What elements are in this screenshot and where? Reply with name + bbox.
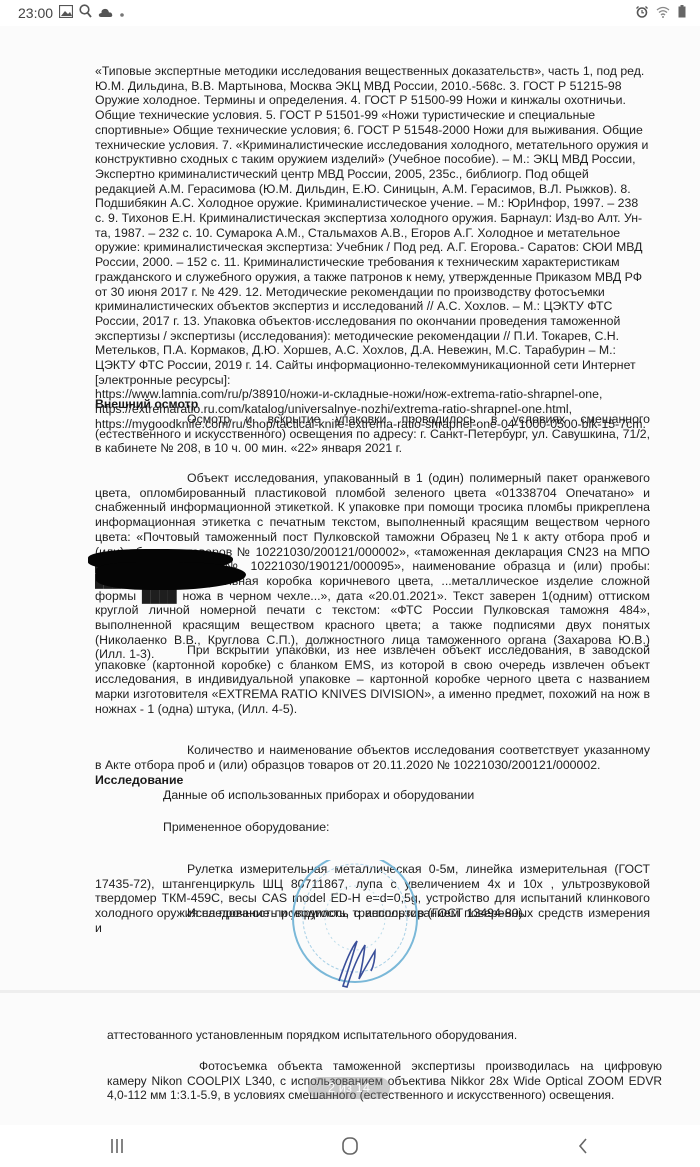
section-heading-external: Внешний осмотр bbox=[95, 397, 198, 411]
references-text: «Типовые экспертные методики исследовани… bbox=[95, 64, 650, 432]
alarm-icon bbox=[636, 5, 648, 21]
signature bbox=[335, 931, 385, 996]
paragraph-inspection: Осмотр и вскрытие упаковки проводилось в… bbox=[95, 412, 650, 456]
back-icon bbox=[578, 1138, 588, 1154]
document-page-next[interactable]: аттестованного установленным порядком ис… bbox=[0, 990, 700, 1128]
paragraph-opening: При вскрытии упаковки, из нее извлечен о… bbox=[95, 643, 650, 717]
cloud-icon bbox=[98, 5, 113, 21]
recents-button[interactable] bbox=[87, 1126, 147, 1166]
equipment-label: Примененное оборудование: bbox=[163, 820, 643, 835]
document-page[interactable]: «Типовые экспертные методики исследовани… bbox=[0, 26, 700, 996]
wifi-icon bbox=[656, 5, 670, 21]
battery-icon bbox=[678, 5, 686, 21]
gallery-icon bbox=[59, 5, 73, 21]
paragraph-quantity: Количество и наименование объектов иссле… bbox=[95, 743, 650, 772]
recents-icon bbox=[110, 1138, 124, 1154]
equipment-data-subtitle: Данные об использованных приборах и обор… bbox=[163, 788, 643, 803]
navigation-bar bbox=[0, 1125, 700, 1167]
home-button[interactable] bbox=[320, 1126, 380, 1166]
page2-first-line: аттестованного установленным порядком ис… bbox=[107, 1028, 662, 1043]
section-heading-research: Исследование bbox=[95, 773, 183, 787]
clock: 23:00 bbox=[18, 5, 53, 21]
search-icon bbox=[79, 4, 92, 21]
page-indicator: 2 из 14 bbox=[308, 1077, 390, 1099]
status-bar: 23:00 bbox=[0, 0, 700, 26]
dot-icon bbox=[119, 5, 125, 21]
home-icon bbox=[342, 1137, 358, 1155]
back-button[interactable] bbox=[553, 1126, 613, 1166]
